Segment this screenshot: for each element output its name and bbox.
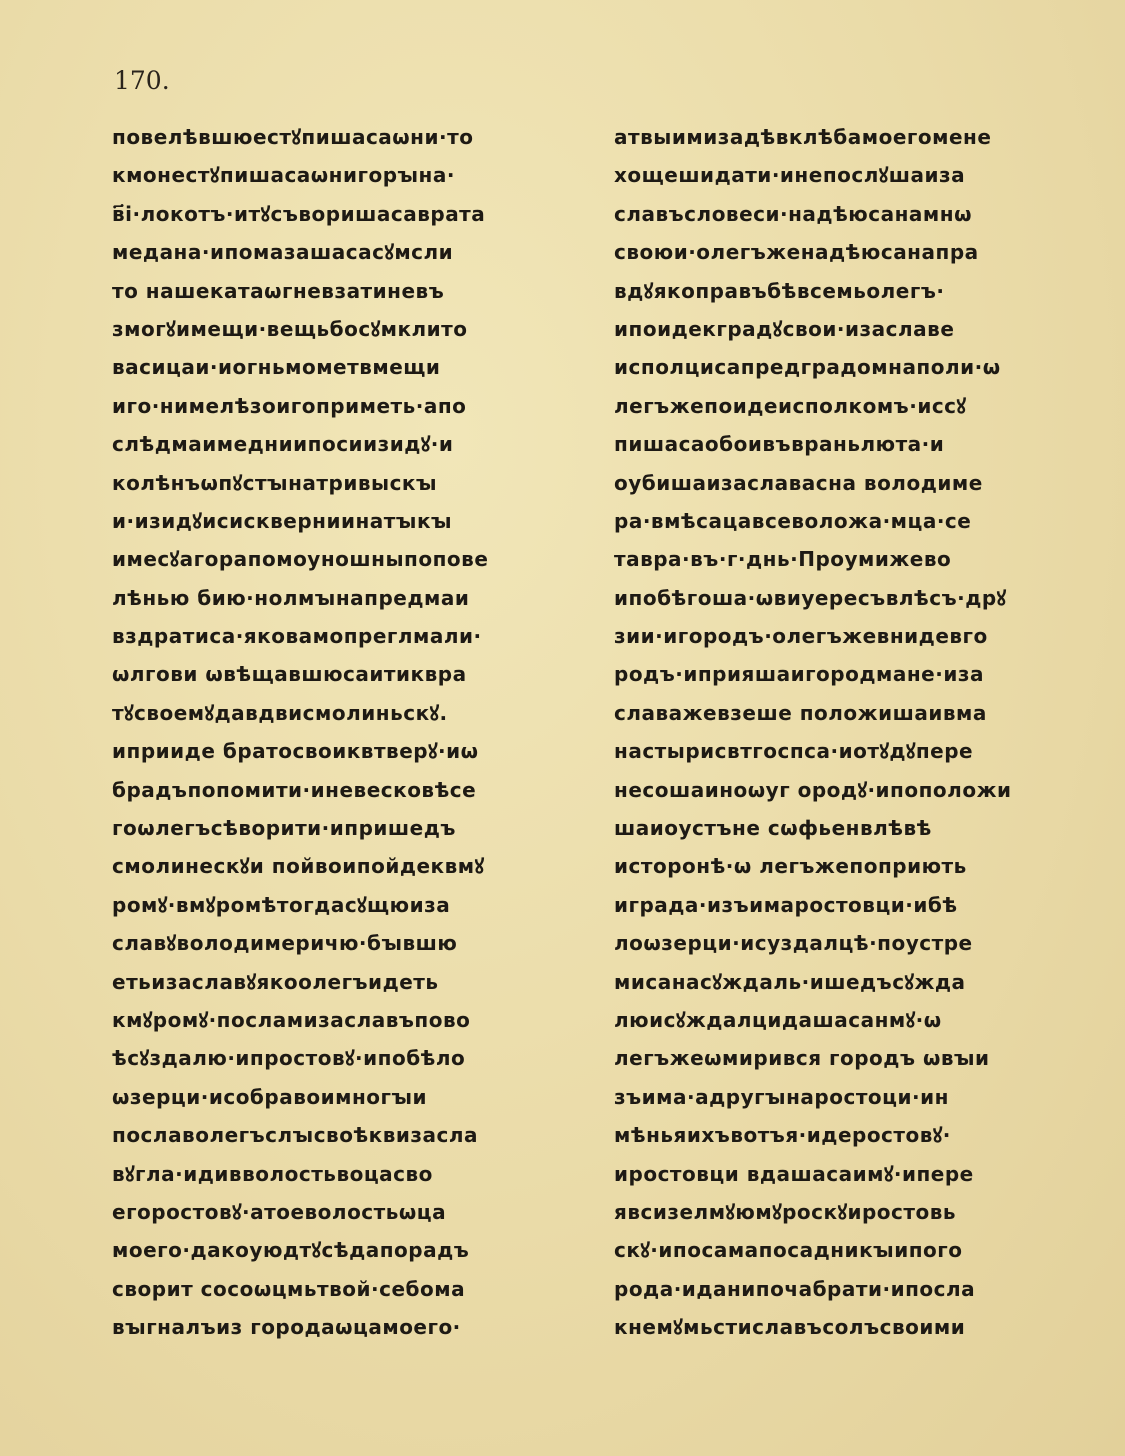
manuscript-line: ѡлгови ѡвѣщавшюсаитиквра (112, 655, 582, 693)
manuscript-line: родъ·иприяшаигородмане·иза (614, 655, 1094, 693)
manuscript-line: ра·вмѣсацавсеволожа·мца·се (614, 502, 1094, 540)
manuscript-line: тꙋсвоемꙋдавдвисмолиньскꙋ. (112, 694, 582, 732)
manuscript-line: лѣнью бию·нолмꙑнапредмаи (112, 579, 582, 617)
manuscript-line: ѣсꙋздалю·ипростовꙋ·ипобѣло (112, 1039, 582, 1077)
manuscript-line: ипоидекградꙋсвои·изаславе (614, 310, 1094, 348)
manuscript-line: шаиоустъне сѡфьенвлѣвѣ (614, 809, 1094, 847)
manuscript-line: легъжеѡмирився городъ ѡвꙑи (614, 1039, 1094, 1077)
manuscript-line: вꙑгналъиз городаѡцамоего· (112, 1308, 582, 1346)
manuscript-line: пишасаобоивъвраньлюта·и (614, 425, 1094, 463)
manuscript-line: люисꙋждалцидашасанмꙋ·ѡ (614, 1001, 1094, 1039)
manuscript-line: исполцисапредградомнаполи·ѡ (614, 348, 1094, 386)
manuscript-line: скꙋ·ипосамапосадникꙑипого (614, 1231, 1094, 1269)
manuscript-line: гоѡлегъсѣворити·ипришедъ (112, 809, 582, 847)
right-text-column: атвыимизадѣвклѣбамоегоменехощешидати·ине… (614, 118, 1094, 1347)
manuscript-line: кнемꙋмьстиславъсолъсвоими (614, 1308, 1094, 1346)
manuscript-line: колѣнъѡпꙋстꙑнатривыскꙑ (112, 464, 582, 502)
manuscript-line: исторонѣ·ѡ легъжепоприють (614, 847, 1094, 885)
manuscript-line: своюи·олегъженадѣюсанапра (614, 233, 1094, 271)
manuscript-line: иприиде братосвоиквтверꙋ·иѡ (112, 732, 582, 770)
manuscript-line: в҃і·локотъ·итꙋсъворишасавратa (112, 195, 582, 233)
manuscript-line: явсизелмꙋюмꙋроскꙋиростовь (614, 1193, 1094, 1231)
manuscript-line: вдꙋякоправъбѣвсемьолегъ· (614, 272, 1094, 310)
manuscript-line: васицаи·иогньмометвмещи (112, 348, 582, 386)
manuscript-line: моего·дакоуюдтꙋсѣдапорадъ (112, 1231, 582, 1269)
manuscript-line: сворит сосоѡцмьтвой·себома (112, 1270, 582, 1308)
manuscript-line: ѡзерци·исобравоимногꙑи (112, 1078, 582, 1116)
manuscript-line: медана·ипомазашасасꙋмсли (112, 233, 582, 271)
manuscript-line: кмонестꙋпишасаѡнигорꙑна· (112, 156, 582, 194)
manuscript-line: мисанасꙋждаль·ишедъсꙋжда (614, 963, 1094, 1001)
manuscript-line: играда·изъимаростовци·ибѣ (614, 886, 1094, 924)
manuscript-line: ипобѣгоша·ѡвиуересъвлѣсъ·дрꙋ (614, 579, 1094, 617)
manuscript-line: змогꙋимещи·вещьбосꙋмклито (112, 310, 582, 348)
manuscript-line: кмꙋромꙋ·посламизаславъпово (112, 1001, 582, 1039)
manuscript-line: мѣньяихъвотъя·идеростовꙋ· (614, 1116, 1094, 1154)
manuscript-line: зъима·адругꙑнаростоци·ин (614, 1078, 1094, 1116)
manuscript-line: повелѣвшюестꙋпишасаѡни·то (112, 118, 582, 156)
manuscript-line: славажевзеше положишаивма (614, 694, 1094, 732)
manuscript-line: брадъпопомити·иневесковѣсе (112, 771, 582, 809)
manuscript-line: славъсловеси·надѣюсанамнѡ (614, 195, 1094, 233)
manuscript-line: вꙋгла·идивволостьвоцасво (112, 1155, 582, 1193)
manuscript-line: несошаиноѡуг ородꙋ·ипоположи (614, 771, 1094, 809)
manuscript-line: славꙋволодимеричю·бꙑвшю (112, 924, 582, 962)
manuscript-line: легъжепоидеисполкомъ·иссꙋ (614, 387, 1094, 425)
manuscript-line: тавра·въ·г·днь·Проумижево (614, 540, 1094, 578)
manuscript-line: иго·нимелѣзоигоприметь·апо (112, 387, 582, 425)
manuscript-line: зии·игородъ·олегъжевнидевго (614, 617, 1094, 655)
manuscript-line: имесꙋагорапомоуношныпопове (112, 540, 582, 578)
manuscript-line: вздратиса·яковамопреглмали· (112, 617, 582, 655)
manuscript-line: слѣдмаимедниипосиизидꙋ·и (112, 425, 582, 463)
manuscript-line: оубишаизаславасна володиме (614, 464, 1094, 502)
left-text-column: повелѣвшюестꙋпишасаѡни·токмонестꙋпишасаѡ… (112, 118, 582, 1347)
manuscript-line: хощешидати·инепослꙋшаиза (614, 156, 1094, 194)
page-number: 170. (114, 66, 170, 95)
manuscript-line: егоростовꙋ·атоеволостьѡца (112, 1193, 582, 1231)
manuscript-line: ромꙋ·вмꙋромѣтогдасꙋщюиза (112, 886, 582, 924)
manuscript-line: и·изидꙋисискверниинатꙑкꙑ (112, 502, 582, 540)
manuscript-line: лоѡзерци·исуздалцѣ·поустре (614, 924, 1094, 962)
manuscript-line: иростовци вдашасаимꙋ·иперe (614, 1155, 1094, 1193)
manuscript-line: етьизаславꙋякоолегъидеть (112, 963, 582, 1001)
manuscript-line: атвыимизадѣвклѣбамоегомене (614, 118, 1094, 156)
manuscript-line: то нашекатаѡгневзатиневъ (112, 272, 582, 310)
manuscript-line: рода·иданипочабрати·ипосла (614, 1270, 1094, 1308)
manuscript-line: смолинескꙋи пойвоипойдеквмꙋ (112, 847, 582, 885)
manuscript-line: пославолегъслꙑсвоѣквизасла (112, 1116, 582, 1154)
manuscript-line: настырисвтгоспса·иотꙋдꙋпере (614, 732, 1094, 770)
